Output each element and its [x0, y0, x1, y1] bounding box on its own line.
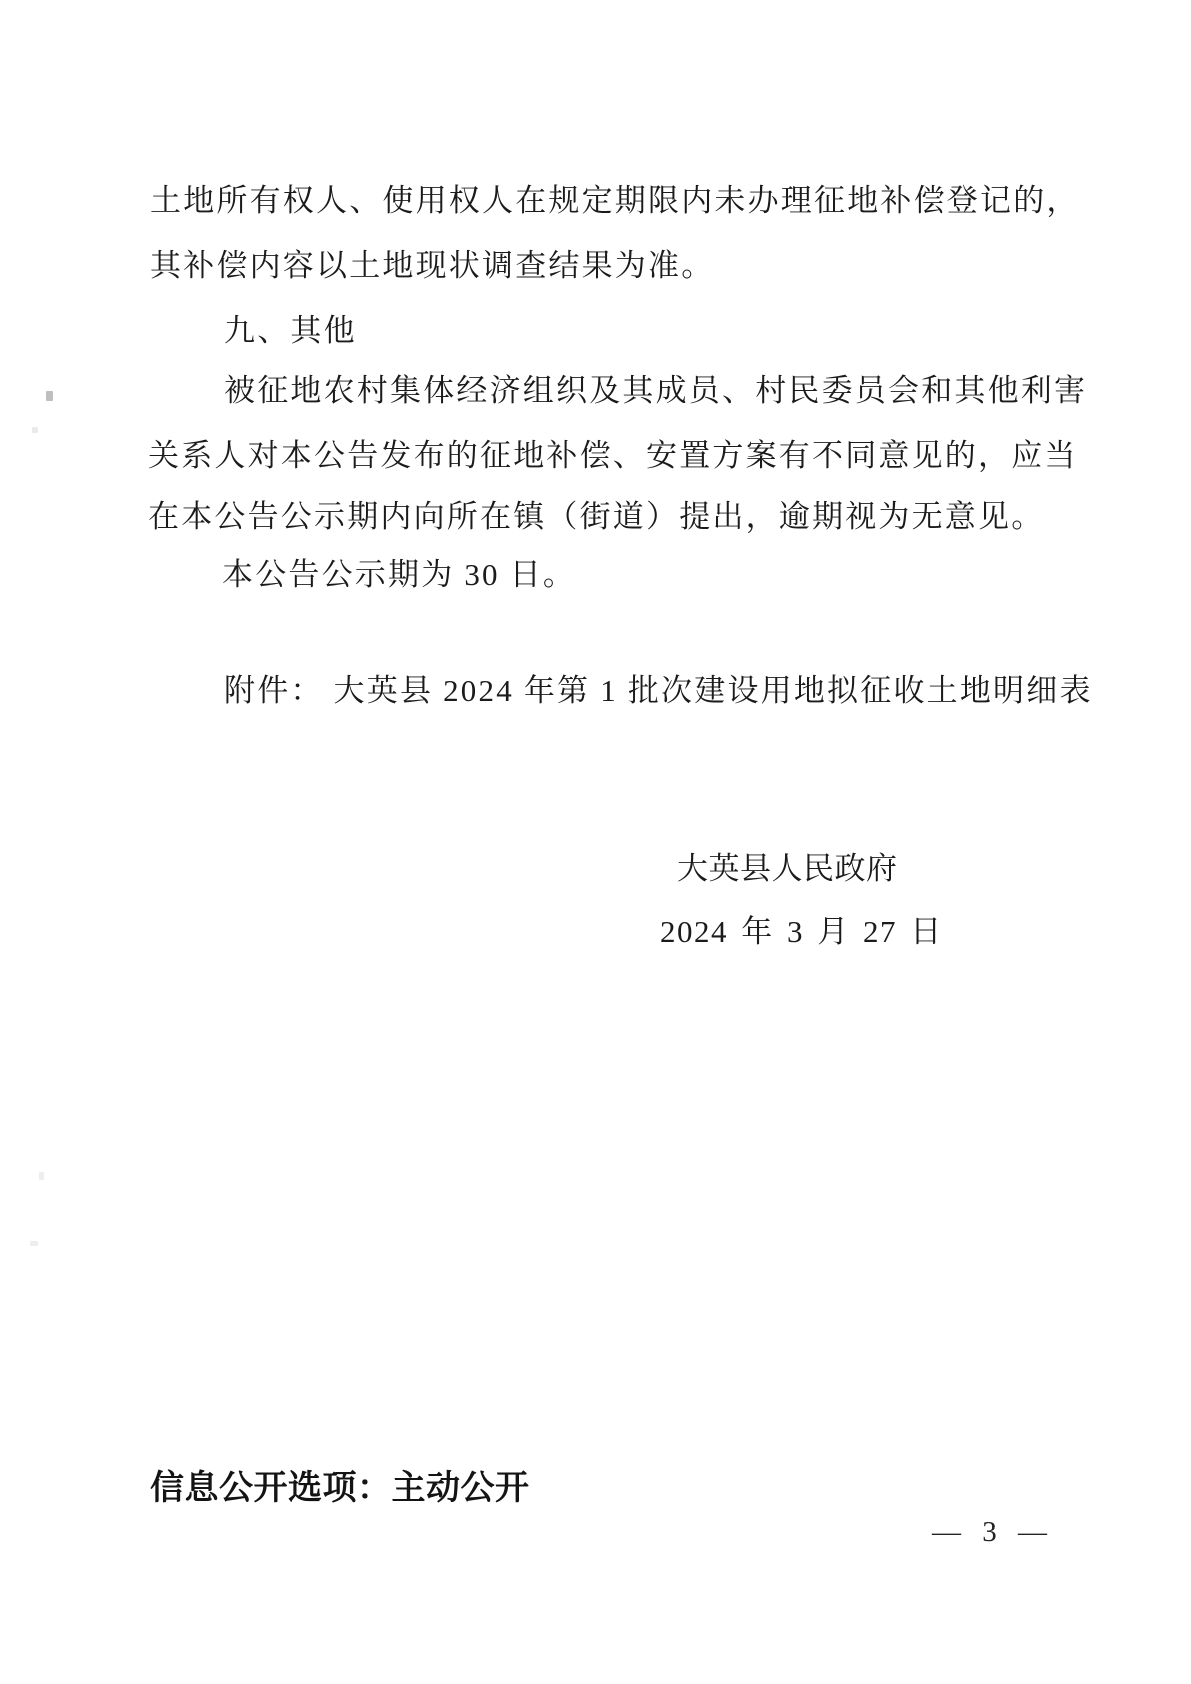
body-line: 在本公告公示期内向所在镇（街道）提出，逾期视为无意见。 — [148, 498, 1044, 535]
section-heading: 九、其他 — [224, 312, 357, 349]
scan-speck — [46, 391, 53, 401]
scan-speck — [39, 1172, 44, 1180]
footer-disclosure-label: 信息公开选项：主动公开 — [150, 1468, 530, 1509]
scan-speck — [30, 1241, 38, 1246]
body-line: 关系人对本公告发布的征地补偿、安置方案有不同意见的，应当 — [148, 437, 1078, 474]
document-page: 土地所有权人、使用权人在规定期限内未办理征地补偿登记的， 其补偿内容以土地现状调… — [0, 0, 1191, 1684]
page-number: — 3 — — [932, 1515, 1054, 1550]
body-line: 被征地农村集体经济组织及其成员、村民委员会和其他利害 — [224, 372, 1087, 409]
scan-speck — [32, 427, 38, 433]
body-line: 本公告公示期为 30 日。 — [222, 556, 576, 593]
signature-date: 2024 年 3 月 27 日 — [660, 913, 943, 950]
body-line: 土地所有权人、使用权人在规定期限内未办理征地补偿登记的， — [150, 182, 1080, 219]
signature-issuer: 大英县人民政府 — [677, 850, 898, 887]
body-line: 其补偿内容以土地现状调查结果为准。 — [150, 247, 714, 284]
attachment-line: 附件： 大英县 2024 年第 1 批次建设用地拟征收土地明细表 — [224, 672, 1093, 709]
